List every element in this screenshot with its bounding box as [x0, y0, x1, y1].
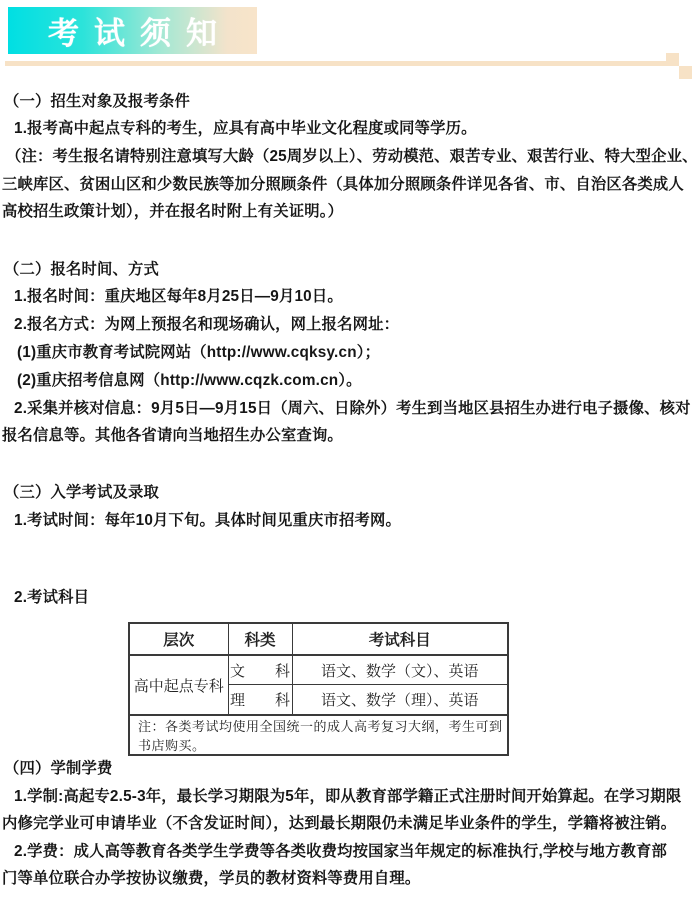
table-header-category: 科类: [228, 623, 292, 655]
table-cell-subjects: 语文、数学（理）、英语: [292, 685, 508, 716]
section2-item2: 2.报名方式：为网上预报名和现场确认，网上报名网址：: [14, 316, 399, 334]
table-cell-subjects: 语文、数学（文）、英语: [292, 655, 508, 685]
section2-item3-line2: 报名信息等。其他各省请向当地招生办公室查询。: [2, 427, 343, 445]
banner-divider-line: [5, 61, 666, 66]
table-cell-category: 文 科: [228, 655, 292, 685]
section1-note-line3: 高校招生政策计划），并在报名时附上有关证明。）: [2, 203, 343, 221]
section2-item3-line1: 2.采集并核对信息：9月5日—9月15日（周六、日除外）考生到当地区县招生办进行…: [14, 400, 691, 418]
page-title: 考试须知: [33, 8, 232, 53]
section1-note-line2: 三峡库区、贫困山区和少数民族等加分照顾条件（具体加分照顾条件详见各省、市、自治区…: [2, 176, 684, 194]
exam-notice-page: { "theme": { "banner_gradient_start": "#…: [0, 0, 693, 910]
section4-item1-line2: 内修完学业可申请毕业（不含发证时间），达到最长期限仍未满足毕业条件的学生，学籍将…: [2, 815, 676, 833]
table-header-level: 层次: [129, 623, 228, 655]
section3-heading: （三）入学考试及录取: [4, 484, 159, 502]
section1-item1: 1.报考高中起点专科的考生，应具有高中毕业文化程度或同等学历。: [14, 120, 477, 138]
section2-item1: 1.报名时间：重庆地区每年8月25日—9月10日。: [14, 288, 343, 306]
divider-step-lower: [679, 66, 692, 79]
section3-item2-heading: 2.考试科目: [14, 589, 89, 607]
section2-sub2: (2)重庆招考信息网（http://www.cqzk.com.cn）。: [17, 372, 362, 390]
section4-item2-line1: 2.学费：成人高等教育各类学生学费等各类收费均按国家当年规定的标准执行,学校与地…: [14, 843, 667, 861]
table-header-subjects: 考试科目: [292, 623, 508, 655]
section4-item1-line1: 1.学制:高起专2.5-3年，最长学习期限为5年，即从教育部学籍正式注册时间开始…: [14, 788, 681, 806]
page-title-banner: 考试须知: [8, 7, 257, 54]
table-cell-level: 高中起点专科: [129, 655, 228, 715]
table-header-row: 层次 科类 考试科目: [129, 623, 508, 655]
section1-heading: （一）招生对象及报考条件: [4, 93, 190, 111]
section4-heading: （四）学制学费: [4, 760, 112, 778]
section3-item1: 1.考试时间：每年10月下旬。具体时间见重庆市招考网。: [14, 512, 401, 530]
section4-item2-line2: 门等单位联合办学按协议缴费，学员的教材资料等费用自理。: [2, 870, 420, 888]
section2-heading: （二）报名时间、方式: [4, 261, 159, 279]
section2-sub1: (1)重庆市教育考试院网站（http://www.cqksy.cn）；: [17, 344, 380, 362]
table-row: 高中起点专科 文 科 语文、数学（文）、英语: [129, 655, 508, 685]
exam-subjects-table: 层次 科类 考试科目 高中起点专科 文 科 语文、数学（文）、英语 理 科 语文…: [128, 622, 509, 756]
divider-step-upper: [666, 53, 679, 66]
section1-note-line1: （注：考生报名请特别注意填写大龄（25周岁以上）、劳动模范、艰苦专业、艰苦行业、…: [6, 148, 693, 166]
table-cell-category: 理 科: [228, 685, 292, 716]
table-note: 注：各类考试均使用全国统一的成人高考复习大纲，考生可到书店购买。: [129, 715, 508, 755]
table-note-row: 注：各类考试均使用全国统一的成人高考复习大纲，考生可到书店购买。: [129, 715, 508, 755]
